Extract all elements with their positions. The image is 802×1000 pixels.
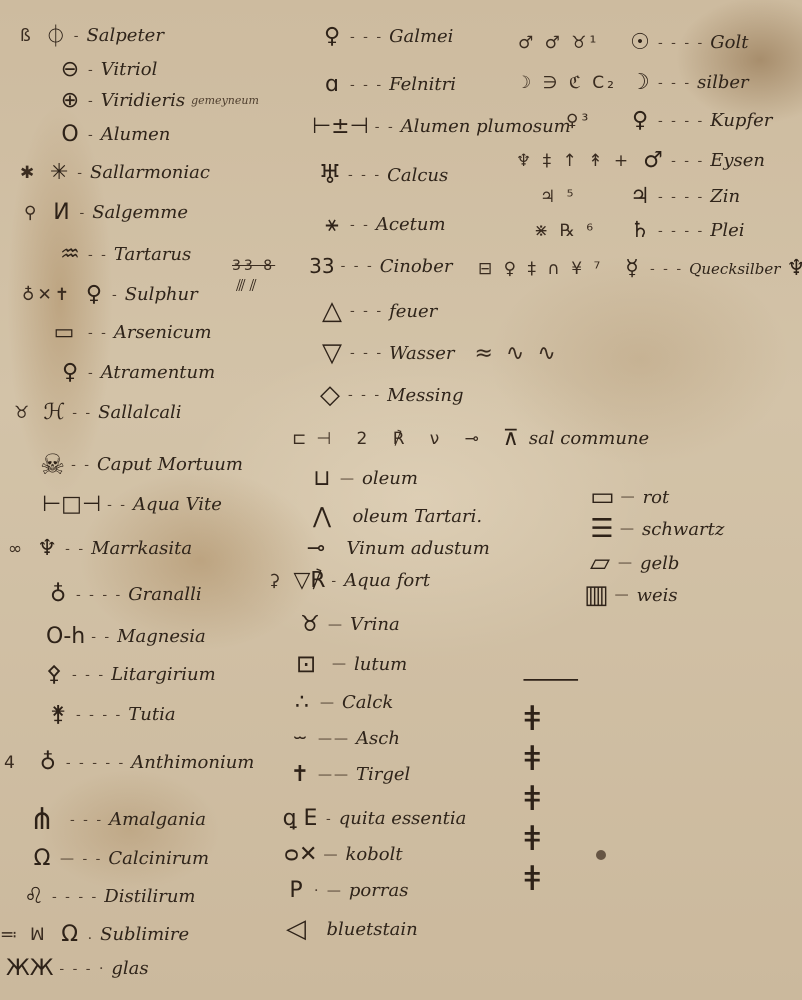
- sun-gold-icon: ☉: [628, 30, 652, 55]
- vitriol-symbol-icon: ⊖: [58, 57, 82, 82]
- sallarmoniac-symbol-icon: ✳: [47, 160, 71, 185]
- mercury-quicksilver-icon: ☿: [620, 256, 644, 281]
- entry-label: Tartarus: [114, 244, 191, 265]
- gold-variant-icons: ♂ ♂ ♉¹: [518, 33, 618, 53]
- entry-galmei: ♀ - - - Galmei: [320, 24, 453, 49]
- entry-label: lutum: [354, 654, 407, 675]
- entry-porras: P · — porras: [284, 878, 408, 903]
- entry-silber: ☽ ∋ ℭ C₂ ☽ - - - silber: [516, 70, 749, 95]
- entry-salpeter: ß ⏀ - Salpeter: [20, 20, 164, 51]
- ink-blot: [596, 850, 606, 860]
- entry-calck: ∴ — Calck: [290, 690, 393, 715]
- entry-sal-commune: ⊏⊣ 2 ℟ ν ⊸ ⊼ sal commune: [292, 426, 649, 451]
- entry-felnitri: ɑ - - - Felnitri: [320, 72, 456, 97]
- calcinirum-symbol-icon: Ω: [30, 846, 54, 871]
- entry-label: Salpeter: [86, 25, 163, 46]
- entry-marrkasita: ∞ ♆ - - Marrkasita: [8, 536, 192, 561]
- entry-litargirium: ⚴ - - - Litargirium: [42, 662, 216, 687]
- entry-rot: ▭ — rot: [590, 482, 669, 512]
- entry-label: Vinum adustum: [346, 538, 489, 559]
- entry-label: Acetum: [376, 214, 446, 235]
- tutia-symbol-icon: ⚵: [46, 702, 70, 727]
- entry-label: Viridieris: [101, 90, 185, 111]
- variant-symbol: ♁✕✝: [22, 285, 72, 305]
- entry-label: Tirgel: [356, 764, 410, 785]
- entry-label: Vrina: [350, 614, 400, 635]
- entry-kobolt: ᴑ✕ — kobolt: [284, 842, 403, 867]
- entry-label: Wasser: [389, 343, 454, 364]
- entry-alumen-plumosum: ⊢±⊣ - - Alumen plumosum: [312, 114, 571, 139]
- entry-label: quita essentia: [339, 808, 467, 829]
- entry-calcus: ♅ - - - Calcus: [318, 160, 448, 190]
- entry-sallalcali: ♉ ℋ - - Sallalcali: [14, 400, 182, 425]
- entry-schwartz: ☰ — schwartz: [590, 514, 724, 544]
- sulphur-symbol-icon: ♀: [82, 282, 106, 307]
- entry-label: rot: [643, 487, 670, 508]
- entry-weis: ▥ — weis: [584, 580, 678, 610]
- entry-aqua-fort: ⚳ ▽℟ - Aqua fort: [268, 568, 430, 593]
- entry-label: Plei: [710, 220, 744, 241]
- aqua-fort-symbol-icon: ▽℟: [293, 568, 325, 593]
- entry-label: Alumen plumosum: [401, 116, 571, 137]
- amalgania-symbol-icon: ⋔: [20, 802, 64, 837]
- variant-symbol: ß: [20, 26, 34, 46]
- entry-oleum-tartari: ⋀ oleum Tartari.: [310, 504, 482, 529]
- calcus-symbol-icon: ♅: [318, 160, 342, 190]
- vinum-adustum-symbol-icon: ⊸: [304, 536, 328, 561]
- entry-label: kobolt: [345, 844, 402, 865]
- variant-symbol: 4: [4, 753, 18, 773]
- salpeter-symbol-icon: ⏀: [44, 20, 68, 51]
- entry-caput-mortuum: ☠ - - Caput Mortuum: [40, 448, 243, 481]
- lead-variant-icons: ⋇ ℞ ⁶: [534, 221, 618, 241]
- entry-quecksilber: ⊟ ♀ ‡ ∩ ¥ ⁷ ☿ - - - Quecksilber ♆: [478, 256, 802, 281]
- variant-symbol: ⚳: [268, 571, 283, 591]
- distilirum-symbol-icon: ♌: [22, 884, 46, 909]
- jupiter-tin-icon: ♃: [628, 184, 652, 209]
- entry-salgemme: ⚲ И - Salgemme: [24, 200, 188, 225]
- mercury-variant-icons: ⊟ ♀ ‡ ∩ ¥ ⁷: [478, 259, 610, 279]
- venus-copper-icon: ♀: [628, 108, 652, 133]
- entry-quita-essentia: ꝗ E - quita essentia: [280, 806, 466, 831]
- entry-label: Galmei: [389, 26, 453, 47]
- entry-arsenicum: ▭ - - Arsenicum: [46, 320, 212, 345]
- entry-zin: ♃ ⁵ ♃ - - - - Zin: [540, 184, 740, 209]
- galmei-symbol-icon: ♀: [320, 24, 344, 49]
- asch-symbol-icon: ⏖: [288, 726, 312, 751]
- entry-label: Sulphur: [125, 284, 198, 305]
- litargirium-symbol-icon: ⚴: [42, 662, 66, 687]
- entry-label: Arsenicum: [114, 322, 212, 343]
- anthimonium-symbol-icon: ♁: [36, 750, 60, 775]
- porras-symbol-icon: P: [284, 878, 308, 903]
- fire-triangle-icon: △: [320, 296, 344, 326]
- yellow-box-icon: ▱: [588, 548, 612, 578]
- entry-label: Messing: [387, 385, 463, 406]
- entry-label: weis: [637, 585, 678, 606]
- entry-label: oleum Tartari.: [352, 506, 482, 527]
- marrkasita-symbol-icon: ♆: [35, 536, 59, 561]
- entry-vinum-adustum: ⊸ Vinum adustum: [304, 536, 490, 561]
- magnesia-symbol-icon: O‑h: [46, 624, 85, 649]
- entry-label: Cinober: [380, 256, 453, 277]
- oleum-symbol-icon: ⊔: [310, 466, 334, 491]
- moon-silver-icon: ☽: [628, 70, 652, 95]
- entry-label: Eysen: [710, 150, 765, 171]
- entry-label: sal commune: [529, 428, 649, 449]
- bluetstain-symbol-icon: ◁: [284, 914, 308, 944]
- entry-label: Caput Mortuum: [97, 454, 243, 475]
- entry-label: Zin: [710, 186, 740, 207]
- copper-variant-icons: ♀³: [566, 111, 618, 131]
- entry-eysen: ♆ ‡ ↑ ↟ + ♂ - - - Eysen: [516, 148, 765, 173]
- entry-note: gemeyneum: [191, 94, 259, 107]
- vrina-symbol-icon: ♉: [298, 612, 322, 637]
- entry-lutum: ⊡ — lutum: [286, 650, 407, 678]
- entry-distilirum: ♌ - - - - Distilirum: [22, 884, 195, 909]
- entry-label: feuer: [389, 301, 437, 322]
- variant-symbol: ∞: [8, 539, 25, 559]
- sublimire-symbol-icon: Ω: [58, 922, 82, 947]
- red-box-icon: ▭: [590, 482, 615, 512]
- tirgel-symbol-icon: ✝: [288, 762, 312, 787]
- variant-symbol: ⚲: [24, 203, 39, 223]
- entry-label: Calck: [342, 692, 393, 713]
- skull-icon: ☠: [40, 448, 65, 481]
- entry-label: Anthimonium: [131, 752, 254, 773]
- entry-plei: ⋇ ℞ ⁶ ♄ - - - - Plei: [534, 218, 745, 243]
- entry-label: Sallalcali: [98, 402, 181, 423]
- entry-label: Atramentum: [101, 362, 215, 383]
- entry-sallarmoniac: ✱ ✳ - Sallarmoniac: [20, 160, 210, 185]
- entry-wasser: ▽ - - - Wasser ≈ ∿ ∿: [320, 338, 569, 368]
- tartarus-symbol-icon: ♒: [58, 242, 82, 267]
- entry-label: Kupfer: [710, 110, 772, 131]
- mars-iron-icon: ♂: [641, 148, 665, 173]
- entry-atramentum: ♀ - Atramentum: [58, 360, 215, 385]
- entry-feuer: △ - - - feuer: [320, 296, 437, 326]
- tin-variant-icons: ♃ ⁵: [540, 187, 618, 207]
- entry-alumen: O - Alumen: [58, 122, 170, 147]
- entry-aqua-vite: ⊢□⊣ - - Aqua Vite: [42, 492, 222, 517]
- entry-granalli: ♁ - - - - Granalli: [46, 582, 202, 607]
- alumen-plumosum-symbol-icon: ⊢±⊣: [312, 114, 369, 139]
- manuscript-page: ß ⏀ - Salpeter ⊖ - Vitriol ⊕ - Viridieri…: [0, 0, 802, 1000]
- saturn-lead-icon: ♄: [628, 218, 652, 243]
- variant-symbol: ✱: [20, 163, 37, 183]
- entry-label: Aqua fort: [344, 570, 430, 591]
- entry-messing: ◇ - - - Messing: [318, 380, 464, 410]
- entry-label: Aqua Vite: [133, 494, 222, 515]
- entry-label: Magnesia: [117, 626, 206, 647]
- entry-label: Felnitri: [389, 74, 456, 95]
- entry-label: schwartz: [642, 519, 724, 540]
- entry-cinober: 33 8 33 - - - Cinober: [232, 254, 452, 278]
- entry-label: Sublimire: [100, 924, 189, 945]
- quintessence-symbol-icon: ꝗ E: [280, 806, 320, 831]
- entry-amalgania: ⋔ - - - Amalgania: [20, 802, 206, 837]
- entry-label: Granalli: [128, 584, 201, 605]
- messing-diamond-icon: ◇: [318, 380, 342, 410]
- entry-label: Quecksilber: [689, 260, 780, 278]
- grade-marks-icon: ⸺ǂ ǂ ǂ ǂ ǂ: [522, 650, 594, 899]
- iron-variant-icons: ♆ ‡ ↑ ↟ +: [516, 151, 631, 171]
- entry-label: Golt: [710, 32, 748, 53]
- entry-label: Tutia: [128, 704, 175, 725]
- felnitri-symbol-icon: ɑ: [320, 72, 344, 97]
- entry-label: Amalgania: [109, 809, 206, 830]
- entry-viridieris: ⊕ - Viridieris gemeyneum: [58, 88, 259, 113]
- white-box-icon: ▥: [584, 580, 609, 610]
- entry-oleum: ⊔ — oleum: [310, 466, 418, 491]
- entry-label: Vitriol: [101, 59, 158, 80]
- arsenicum-symbol-icon: ▭: [46, 320, 82, 345]
- entry-label: Distilirum: [104, 886, 195, 907]
- alumen-symbol-icon: O: [58, 122, 82, 147]
- entry-golt: ♂ ♂ ♉¹ ☉ - - - - Golt: [518, 30, 749, 55]
- viridieris-symbol-icon: ⊕: [58, 88, 82, 113]
- silver-variant-icons: ☽ ∋ ℭ C₂: [516, 73, 618, 93]
- salt-symbol-icon: ⊼: [499, 426, 523, 451]
- entry-calcinirum: Ω — - - Calcinirum: [30, 846, 209, 871]
- oleum-tartari-symbol-icon: ⋀: [310, 504, 334, 529]
- glas-symbol-icon: ЖЖ: [6, 956, 53, 981]
- entry-label: gelb: [640, 553, 679, 574]
- calck-symbol-icon: ∴: [290, 690, 314, 715]
- salt-variant-icons: ⊏⊣ 2 ℟ ν ⊸: [292, 429, 489, 449]
- entry-label: Sallarmoniac: [90, 162, 210, 183]
- entry-label: glas: [111, 958, 148, 979]
- entry-label: porras: [349, 880, 409, 901]
- entry-bluetstain: ◁ bluetstain: [284, 914, 418, 944]
- mercury-alt-icon: ♆: [784, 256, 802, 281]
- black-box-icon: ☰: [590, 514, 614, 544]
- entry-label: Calcus: [387, 165, 448, 186]
- entry-glas: ЖЖ - - - · glas: [6, 956, 149, 981]
- entry-label: Alumen: [101, 124, 171, 145]
- water-variant-icons: ≈ ∿ ∿: [475, 341, 559, 366]
- entry-tartarus: ♒ - - Tartarus: [58, 242, 191, 267]
- water-triangle-icon: ▽: [320, 338, 344, 368]
- entry-gelb: ▱ — gelb: [588, 548, 679, 578]
- entry-label: Calcinirum: [108, 848, 209, 869]
- entry-label: Salgemme: [92, 202, 188, 223]
- entry-label: silber: [697, 72, 749, 93]
- granalli-symbol-icon: ♁: [46, 582, 70, 607]
- sallalcali-symbol-icon: ℋ: [42, 400, 66, 425]
- entry-asch: ⏖ —— Asch: [288, 726, 400, 751]
- entry-vitriol: ⊖ - Vitriol: [58, 57, 157, 82]
- entry-kupfer: ♀³ ♀ - - - - Kupfer: [566, 108, 772, 133]
- variant-symbol: 33 8: [232, 258, 275, 274]
- entry-label: bluetstain: [326, 919, 417, 940]
- cinober-symbol-icon: 33: [309, 254, 334, 278]
- entry-label: Asch: [356, 728, 400, 749]
- entry-anthimonium: 4 ♁ - - - - - Anthimonium: [4, 750, 254, 775]
- atramentum-symbol-icon: ♀: [58, 360, 82, 385]
- entry-sublimire: ≕ ꟽ Ω . Sublimire: [0, 922, 189, 947]
- lutum-symbol-icon: ⊡: [286, 650, 326, 678]
- entry-magnesia: O‑h - - Magnesia: [46, 624, 206, 649]
- entry-tutia: ⚵ - - - - Tutia: [46, 702, 176, 727]
- acetum-symbol-icon: ⚹: [320, 212, 344, 237]
- struck-marks: ⫻⫽: [236, 276, 261, 296]
- variant-symbol: ≕: [0, 925, 20, 945]
- entry-sulphur: ♁✕✝ ♀ - Sulphur: [22, 282, 198, 307]
- entry-acetum: ⚹ - - Acetum: [320, 212, 446, 237]
- aqua-vite-symbol-icon: ⊢□⊣: [42, 492, 101, 517]
- entry-label: Litargirium: [111, 664, 216, 685]
- entry-tirgel: ✝ —— Tirgel: [288, 762, 410, 787]
- entry-vrina: ♉ — Vrina: [298, 612, 400, 637]
- entry-label: oleum: [362, 468, 418, 489]
- entry-label: Marrkasita: [91, 538, 192, 559]
- kobolt-symbol-icon: ᴑ✕: [284, 842, 317, 867]
- variant-symbol: ♉: [14, 403, 32, 423]
- salgemme-symbol-icon: И: [49, 200, 73, 225]
